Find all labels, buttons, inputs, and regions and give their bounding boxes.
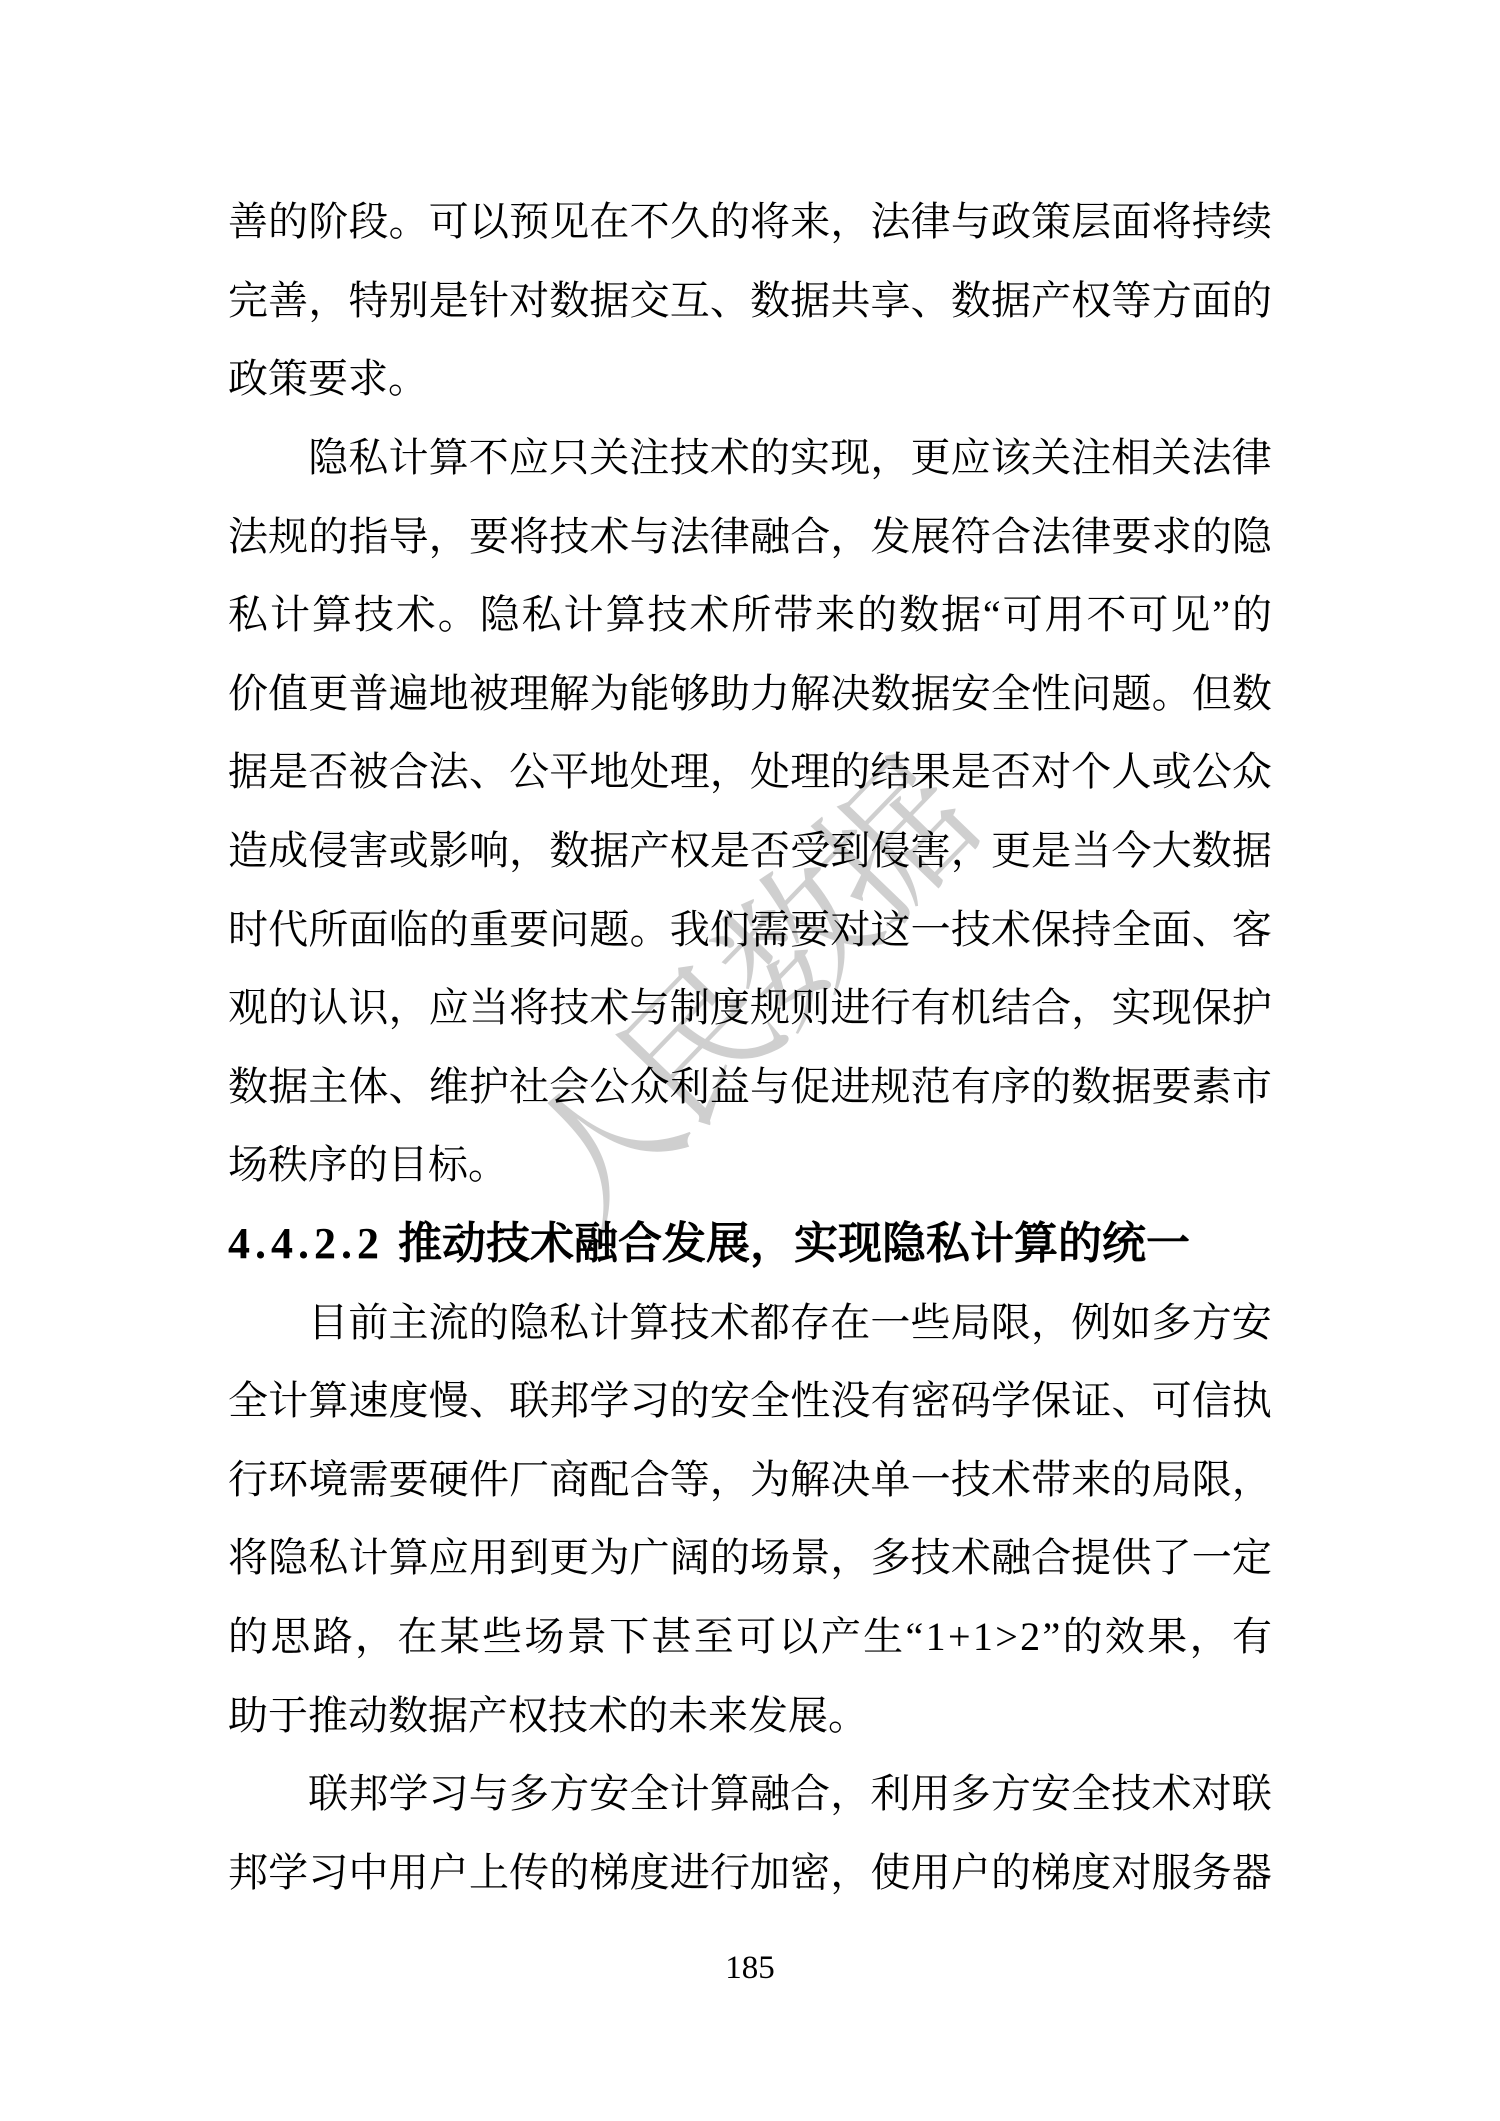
text-char: 某	[440, 1617, 480, 1657]
text-char: 局	[951, 1303, 991, 1343]
text-char: 至	[694, 1617, 734, 1657]
text-char: 与	[630, 988, 670, 1028]
text-char: 技	[549, 517, 589, 557]
text-char: 商	[549, 1460, 589, 1500]
text-char: 主	[388, 1303, 428, 1343]
text-char: 术	[589, 988, 629, 1028]
text-char: 据	[991, 281, 1031, 321]
text-char: 学	[991, 1381, 1031, 1421]
text-char: 主	[308, 1067, 348, 1107]
text-char: 面	[1111, 202, 1151, 242]
text-char: 更	[991, 831, 1031, 871]
text-line: 全计算速度慢、联邦学习的安全性没有密码学保证、可信执	[228, 1362, 1272, 1441]
text-char: 都	[750, 1303, 790, 1343]
text-char: 梯	[589, 1853, 629, 1893]
text-char: 到	[830, 831, 870, 871]
text-char: 算	[429, 438, 469, 478]
text-char: 利	[870, 1774, 910, 1814]
text-char: 技	[670, 1303, 710, 1343]
text-char: 数	[228, 1067, 268, 1107]
text-line: 价值更普遍地被理解为能够助力解决数据安全性问题。但数	[228, 655, 1272, 734]
text-char: 的	[750, 438, 790, 478]
text-char: 传	[509, 1853, 549, 1893]
text-char: 隐	[509, 1303, 549, 1343]
text-line: 完善，特别是针对数据交互、数据共享、数据产权等方面的	[228, 262, 1272, 341]
text-char: 合	[790, 517, 830, 557]
text-char: 户	[951, 1853, 991, 1893]
text-char: ，	[830, 1774, 870, 1814]
text-char: 善	[268, 281, 308, 321]
section-heading-char: 实	[794, 1222, 838, 1266]
page-number: 185	[725, 1950, 775, 1986]
section-heading-char: ，	[750, 1222, 794, 1266]
text-char: 技	[951, 910, 991, 950]
text-line: 目前主流的隐私计算技术都存在一些局限，例如多方安	[228, 1283, 1272, 1362]
text-char: 素	[1192, 1067, 1232, 1107]
text-char: 认	[308, 988, 348, 1028]
text-char: 保	[1031, 910, 1071, 950]
text-char: 一	[870, 1303, 910, 1343]
text-char: 算	[308, 1381, 348, 1421]
text-char: 的	[857, 595, 897, 635]
text-char: 联	[1232, 1774, 1272, 1814]
text-char: 将	[1152, 202, 1192, 242]
text-char: 到	[509, 1538, 549, 1578]
text-char: 决	[830, 1460, 870, 1500]
text-char: ，	[830, 202, 870, 242]
text-char: 术	[991, 910, 1031, 950]
text-char: 将	[750, 202, 790, 242]
text-char: 可	[429, 202, 469, 242]
text-char: 价	[228, 674, 268, 714]
text-char: 公	[509, 752, 549, 792]
text-char: 普	[348, 674, 388, 714]
text-char: +	[948, 1617, 971, 1657]
text-char: 助	[710, 674, 750, 714]
text-char: 能	[630, 674, 670, 714]
text-char: 与	[750, 1067, 790, 1107]
text-char: 面	[1192, 281, 1232, 321]
text-char: ，	[830, 1853, 870, 1893]
text-char: 存	[790, 1303, 830, 1343]
paragraph-indent	[228, 1794, 308, 1795]
text-char: 来	[815, 595, 855, 635]
text-char: 的	[991, 1853, 1031, 1893]
text-char: 是	[429, 281, 469, 321]
text-char: “	[906, 1617, 924, 1657]
text-char: 计	[564, 595, 604, 635]
text-char: 证	[1071, 1381, 1111, 1421]
text-char: 件	[469, 1460, 509, 1500]
text-char: 成	[268, 831, 308, 871]
text-char: 法	[1031, 517, 1071, 557]
text-char: 有	[1232, 1617, 1272, 1657]
text-char: 联	[308, 1774, 348, 1814]
text-char: 邦	[228, 1853, 268, 1893]
text-char: 当	[1071, 831, 1111, 871]
text-char: 思	[270, 1617, 310, 1657]
text-char: 学	[589, 1381, 629, 1421]
text-char: 害	[911, 831, 951, 871]
text-char: 私	[348, 438, 388, 478]
text-char: 的	[228, 1617, 268, 1657]
text-char: 所	[731, 595, 771, 635]
text-char: 方	[1192, 1303, 1232, 1343]
text-char: 理	[509, 674, 549, 714]
text-char: 环	[268, 1460, 308, 1500]
text-char: 法	[670, 517, 710, 557]
text-char: 要	[1152, 1067, 1192, 1107]
text-char: 规	[750, 988, 790, 1028]
text-char: 私	[522, 595, 562, 635]
text-char: 技	[549, 988, 589, 1028]
text-char: 为	[589, 1538, 629, 1578]
text-char: 问	[549, 910, 589, 950]
text-char: 解	[790, 1460, 830, 1500]
text-char: 可	[1152, 1381, 1192, 1421]
text-char: 律	[1071, 517, 1111, 557]
text-char: 实	[1111, 988, 1151, 1028]
text-char: 全	[750, 1381, 790, 1421]
text-char: 私	[228, 595, 268, 635]
text-line: 时代所面临的重要问题。我们需要对这一技术保持全面、客	[228, 890, 1272, 969]
text-char: 是	[710, 831, 750, 871]
text-char: 护	[469, 1067, 509, 1107]
text-char: 果	[1147, 1617, 1187, 1657]
text-char: 不	[1086, 595, 1126, 635]
text-char: 是	[951, 752, 991, 792]
text-char: 结	[871, 752, 911, 792]
text-char: 数	[549, 281, 589, 321]
text-char: 要	[790, 910, 830, 950]
text-char: 隐	[268, 1538, 308, 1578]
text-char: 、	[911, 281, 951, 321]
text-char: 技	[354, 595, 394, 635]
text-char: 机	[951, 988, 991, 1028]
text-char: 1	[926, 1617, 946, 1657]
text-char: 数	[899, 595, 939, 635]
text-char: 的	[710, 1538, 750, 1578]
text-char: 算	[629, 1303, 669, 1343]
text-char: 与	[630, 517, 670, 557]
text-char: 互	[670, 281, 710, 321]
text-char: 效	[1105, 1617, 1145, 1657]
document-page: 人民数据 善的阶段。可以预见在不久的将来，法律与政策层面将持续完善，特别是针对数…	[0, 0, 1500, 2121]
text-char: 阶	[308, 202, 348, 242]
section-heading-char: 现	[838, 1222, 882, 1266]
text-char: 全	[1071, 1774, 1111, 1814]
text-char: 关	[1151, 438, 1191, 478]
text-char: 的	[429, 910, 469, 950]
text-char: 与	[469, 1774, 509, 1814]
text-char: 方	[549, 1774, 589, 1814]
text-char: 没	[830, 1381, 870, 1421]
text-line: 数据主体、维护社会公众利益与促进规范有序的数据要素市	[228, 1048, 1272, 1127]
text-char: 用	[389, 1853, 429, 1893]
text-line: 私计算技术。隐私计算技术所带来的数据“可用不可见”的	[228, 576, 1272, 655]
text-char: 例	[1071, 1303, 1111, 1343]
text-char: 的	[469, 1303, 509, 1343]
text-char: 据	[589, 281, 629, 321]
text-char: 但	[1192, 674, 1232, 714]
text-char: 的	[549, 1853, 589, 1893]
text-char: 产	[630, 831, 670, 871]
text-char: 的	[308, 517, 348, 557]
text-char: 数	[1232, 674, 1272, 714]
text-char: 据	[589, 831, 629, 871]
text-char: 应	[951, 438, 991, 478]
text-char: 用	[911, 1774, 951, 1814]
text-line: 政策要求。	[228, 340, 1272, 419]
text-char: 安	[1232, 1303, 1272, 1343]
text-char: 侵	[308, 831, 348, 871]
text-char: 行	[871, 988, 911, 1028]
text-char: 行	[228, 1460, 268, 1500]
paragraph-indent	[228, 1322, 308, 1323]
text-char: 产	[821, 1617, 861, 1657]
text-char: 合	[991, 517, 1031, 557]
text-char: 进	[830, 1067, 870, 1107]
text-char: 融	[991, 1538, 1031, 1578]
text-char: 相	[1111, 438, 1151, 478]
text-char: “	[983, 595, 1001, 635]
text-char: 享	[871, 281, 911, 321]
text-char: 技	[670, 438, 710, 478]
text-char: 、	[710, 281, 750, 321]
text-char: 甚	[651, 1617, 691, 1657]
text-char: 安	[589, 1774, 629, 1814]
text-char: 临	[389, 910, 429, 950]
text-char: 算	[389, 1538, 429, 1578]
text-char: 术	[589, 517, 629, 557]
text-char: 解	[549, 674, 589, 714]
text-char: 利	[670, 1067, 710, 1107]
text-char: 习	[429, 1774, 469, 1814]
text-char: 数	[750, 281, 790, 321]
text-char: 多	[509, 1774, 549, 1814]
text-char: 阔	[670, 1538, 710, 1578]
text-char: 下	[609, 1617, 649, 1657]
text-char: ，	[1190, 1617, 1230, 1657]
text-char: 地	[589, 752, 629, 792]
text-char: 受	[790, 831, 830, 871]
text-char: 术	[710, 1303, 750, 1343]
text-char: 合	[790, 1774, 830, 1814]
text-char: 对	[1192, 1774, 1232, 1814]
text-line: 隐私计算不应只关注技术的实现，更应该关注相关法律	[228, 419, 1272, 498]
text-char: 为	[589, 674, 629, 714]
text-char: 在	[397, 1617, 437, 1657]
text-char: 术	[951, 1538, 991, 1578]
text-char: ，	[1031, 1303, 1071, 1343]
text-char: 方	[1152, 281, 1192, 321]
text-char: 可	[1128, 595, 1168, 635]
text-char: 律	[1232, 438, 1272, 478]
section-heading-char: 融	[574, 1222, 618, 1266]
text-char: 处	[630, 752, 670, 792]
text-char: 法	[228, 517, 268, 557]
text-char: 度	[710, 988, 750, 1028]
section-heading-char: 的	[1058, 1222, 1102, 1266]
text-char: 大	[1152, 831, 1192, 871]
text-char: 或	[389, 831, 429, 871]
text-char: 力	[750, 674, 790, 714]
text-char: 邦	[348, 1774, 388, 1814]
text-char: 生	[863, 1617, 903, 1657]
text-char: 政	[991, 202, 1031, 242]
text-char: 将	[509, 988, 549, 1028]
text-char: 合	[630, 1460, 670, 1500]
text-char: 。	[1152, 674, 1192, 714]
text-char: 用	[469, 1538, 509, 1578]
text-char: 平	[549, 752, 589, 792]
text-char: 策	[1031, 202, 1071, 242]
text-char: ，	[710, 1460, 750, 1500]
text-char: 。	[389, 202, 429, 242]
text-char: 数	[1071, 1067, 1111, 1107]
text-char: 合	[1031, 988, 1071, 1028]
text-line: 造成侵害或影响，数据产权是否受到侵害，更是当今大数据	[228, 812, 1272, 891]
text-char: 供	[1111, 1538, 1151, 1578]
text-char: 服	[1152, 1853, 1192, 1893]
text-char: 一	[911, 910, 951, 950]
text-char: 带	[1031, 1460, 1071, 1500]
text-char: 层	[1071, 202, 1111, 242]
text-char: 隐	[480, 595, 520, 635]
text-char: 见	[549, 202, 589, 242]
text-char: 只	[549, 438, 589, 478]
text-char: 理	[670, 752, 710, 792]
text-char: 响	[469, 831, 509, 871]
text-char: 融	[750, 1774, 790, 1814]
text-char: 保	[1031, 1381, 1071, 1421]
text-char: 当	[469, 988, 509, 1028]
text-char: 不	[469, 438, 509, 478]
text-char: 全	[1111, 910, 1151, 950]
section-heading-char: 合	[618, 1222, 662, 1266]
text-char: 保	[1192, 988, 1232, 1028]
text-char: 众	[1232, 752, 1272, 792]
text-char: ，	[509, 831, 549, 871]
text-char: 流	[429, 1303, 469, 1343]
text-char: ，	[429, 517, 469, 557]
text-char: 更	[911, 438, 951, 478]
text-char: 广	[630, 1538, 670, 1578]
text-char: 久	[670, 202, 710, 242]
text-char: 地	[429, 674, 469, 714]
text-char: 是	[268, 752, 308, 792]
text-char: 行	[710, 1853, 750, 1893]
text-char: 关	[589, 438, 629, 478]
text-char: 安	[710, 1381, 750, 1421]
text-char: 、	[389, 1067, 429, 1107]
text-char: 促	[790, 1067, 830, 1107]
text-char: 据	[1232, 831, 1272, 871]
text-char: 全	[228, 1381, 268, 1421]
text-char: 计	[268, 1381, 308, 1421]
text-char: 序	[991, 1067, 1031, 1107]
text-char: 技	[911, 1538, 951, 1578]
text-char: 定	[1232, 1538, 1272, 1578]
text-char: 以	[469, 202, 509, 242]
text-line: 助于推动数据产权技术的未来发展。	[228, 1676, 1272, 1755]
text-char: 在	[830, 1303, 870, 1343]
text-char: 造	[228, 831, 268, 871]
text-char: ，	[308, 281, 348, 321]
text-char: 规	[268, 517, 308, 557]
text-char: 一	[1192, 1538, 1232, 1578]
text-char: 计	[348, 1538, 388, 1578]
text-char: 用	[911, 1853, 951, 1893]
text-char: 有	[871, 1381, 911, 1421]
text-char: 、	[1192, 910, 1232, 950]
text-char: 所	[308, 910, 348, 950]
text-char: 将	[509, 517, 549, 557]
text-char: 益	[710, 1067, 750, 1107]
text-char: 在	[589, 202, 629, 242]
section-heading-char: 术	[530, 1222, 574, 1266]
text-char: 侵	[871, 831, 911, 871]
text-char: 值	[268, 674, 308, 714]
text-char: 上	[469, 1853, 509, 1893]
text-char: ，	[710, 752, 750, 792]
text-char: >	[995, 1617, 1018, 1657]
text-char: 律	[911, 202, 951, 242]
text-char: 更	[549, 1538, 589, 1578]
text-char: 们	[710, 910, 750, 950]
text-char: 些	[911, 1303, 951, 1343]
text-char: 展	[911, 517, 951, 557]
text-char: 的	[1232, 595, 1272, 635]
section-heading-char: 技	[486, 1222, 530, 1266]
text-char: 的	[710, 202, 750, 242]
text-char: 。	[630, 910, 670, 950]
text-char: 的	[1192, 517, 1232, 557]
text-char: 维	[429, 1067, 469, 1107]
text-char: 安	[951, 674, 991, 714]
text-char: 将	[228, 1538, 268, 1578]
text-char: 计	[270, 595, 310, 635]
text-char: 多	[871, 1538, 911, 1578]
text-char: 术	[710, 438, 750, 478]
text-char: 进	[830, 988, 870, 1028]
text-char: 应	[429, 1538, 469, 1578]
text-line: 的思路，在某些场景下甚至可以产生“1+1>2”的效果，有	[228, 1598, 1272, 1677]
text-char: 律	[710, 517, 750, 557]
text-block: 善的阶段。可以预见在不久的将来，法律与政策层面将持续完善，特别是针对数据交互、数…	[228, 183, 1272, 1912]
text-char: 权	[1071, 281, 1111, 321]
text-char: 信	[1192, 1381, 1232, 1421]
text-char: 要	[1111, 517, 1151, 557]
text-line: 法规的指导，要将技术与法律融合，发展符合法律要求的隐	[228, 497, 1272, 576]
text-char: 有	[911, 988, 951, 1028]
text-char: 善	[228, 202, 268, 242]
text-char: 度	[389, 1381, 429, 1421]
text-char: 数	[951, 281, 991, 321]
text-char: 配	[589, 1460, 629, 1500]
text-char: 面	[348, 910, 388, 950]
text-char: ，	[1071, 988, 1111, 1028]
text-char: 场	[750, 1538, 790, 1578]
text-char: 。	[438, 595, 478, 635]
text-char: 完	[228, 281, 268, 321]
text-char: 的	[1232, 281, 1272, 321]
text-char: 更	[308, 674, 348, 714]
text-char: 的	[1063, 1617, 1103, 1657]
text-char: 持	[1071, 910, 1111, 950]
text-char: 、	[469, 752, 509, 792]
text-char: 与	[951, 202, 991, 242]
